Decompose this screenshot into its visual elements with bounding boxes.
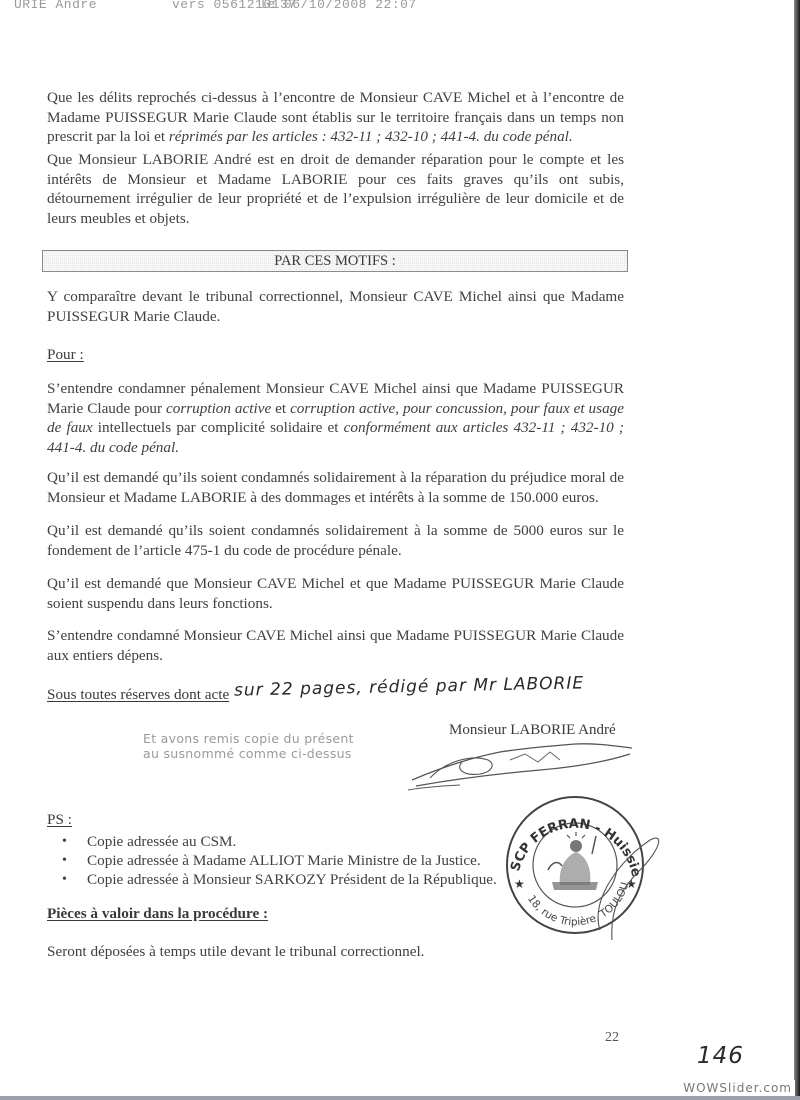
watermark: WOWSlider.com (680, 1080, 795, 1096)
paragraph-pieces: Seront déposées à temps utile devant le … (47, 942, 624, 962)
bailiff-seal-icon: SCP FERRAN - Huissiers de Justice 18, ru… (500, 790, 650, 940)
fax-date: le 06/10/2008 22:07 (259, 0, 417, 12)
text: S’entendre condamné Monsieur CAVE Michel… (47, 627, 624, 664)
text: Que Monsieur LABORIE André est en droit … (47, 151, 624, 227)
text: Qu’il est demandé qu’ils soient condamné… (47, 469, 624, 506)
italic-text: réprimés par les articles : 432-11 ; 432… (169, 128, 573, 145)
svg-text:★: ★ (514, 877, 525, 891)
page-bottom-edge (0, 1096, 800, 1100)
bailiff-stamp-line: Et avons remis copie du présent (143, 731, 354, 746)
paragraph-article-475: Qu’il est demandé qu’ils soient condamné… (47, 521, 624, 560)
paragraph-condamner: S’entendre condamner pénalement Monsieur… (47, 379, 624, 457)
bailiff-stamp-line: au susnommé comme ci-dessus (143, 746, 354, 761)
heading-pieces: Pièces à valoir dans la procédure : (47, 905, 268, 923)
ps-list-item: Copie adressée à Monsieur SARKOZY Présid… (62, 870, 497, 889)
paragraph-depens: S’entendre condamné Monsieur CAVE Michel… (47, 626, 624, 665)
text: intellectuels par complicité solidaire e… (93, 419, 344, 436)
heading-pour: Pour : (47, 346, 84, 364)
page-shadow-edge (794, 0, 800, 1100)
document-page: URIE Andre vers 0561210137 le 06/10/2008… (0, 0, 794, 1100)
ps-list-item: Copie adressée à Madame ALLIOT Marie Min… (62, 851, 497, 870)
ps-list-item: Copie adressée au CSM. (62, 832, 497, 851)
paragraph-delits: Que les délits reprochés ci-dessus à l’e… (47, 88, 624, 147)
signatory-name: Monsieur LABORIE André (449, 722, 616, 739)
paragraph-reparation: Que Monsieur LABORIE André est en droit … (47, 150, 624, 228)
ps-copy-list: Copie adressée au CSM. Copie adressée à … (62, 832, 497, 889)
bailiff-stamp-text: Et avons remis copie du présent au susno… (143, 731, 354, 761)
heading-ps: PS : (47, 811, 72, 829)
handwritten-note: sur 22 pages, rédigé par Mr LABORIE (234, 673, 585, 700)
paragraph-prejudice: Qu’il est demandé qu’ils soient condamné… (47, 468, 624, 507)
text: Qu’il est demandé qu’ils soient condamné… (47, 522, 624, 559)
page-number: 22 (605, 1030, 619, 1046)
fax-sender: URIE Andre (14, 0, 97, 12)
text: Qu’il est demandé que Monsieur CAVE Mich… (47, 575, 624, 612)
text: et (271, 400, 290, 417)
heading-sous-toutes-reserves: Sous toutes réserves dont acte (47, 686, 229, 704)
paragraph-comparaitre: Y comparaître devant le tribunal correct… (47, 287, 624, 326)
italic-text: corruption active (166, 400, 271, 417)
paragraph-suspendu: Qu’il est demandé que Monsieur CAVE Mich… (47, 574, 624, 613)
handwritten-page-number: 146 (697, 1043, 744, 1069)
section-banner-par-ces-motifs: PAR CES MOTIFS : (42, 250, 628, 272)
